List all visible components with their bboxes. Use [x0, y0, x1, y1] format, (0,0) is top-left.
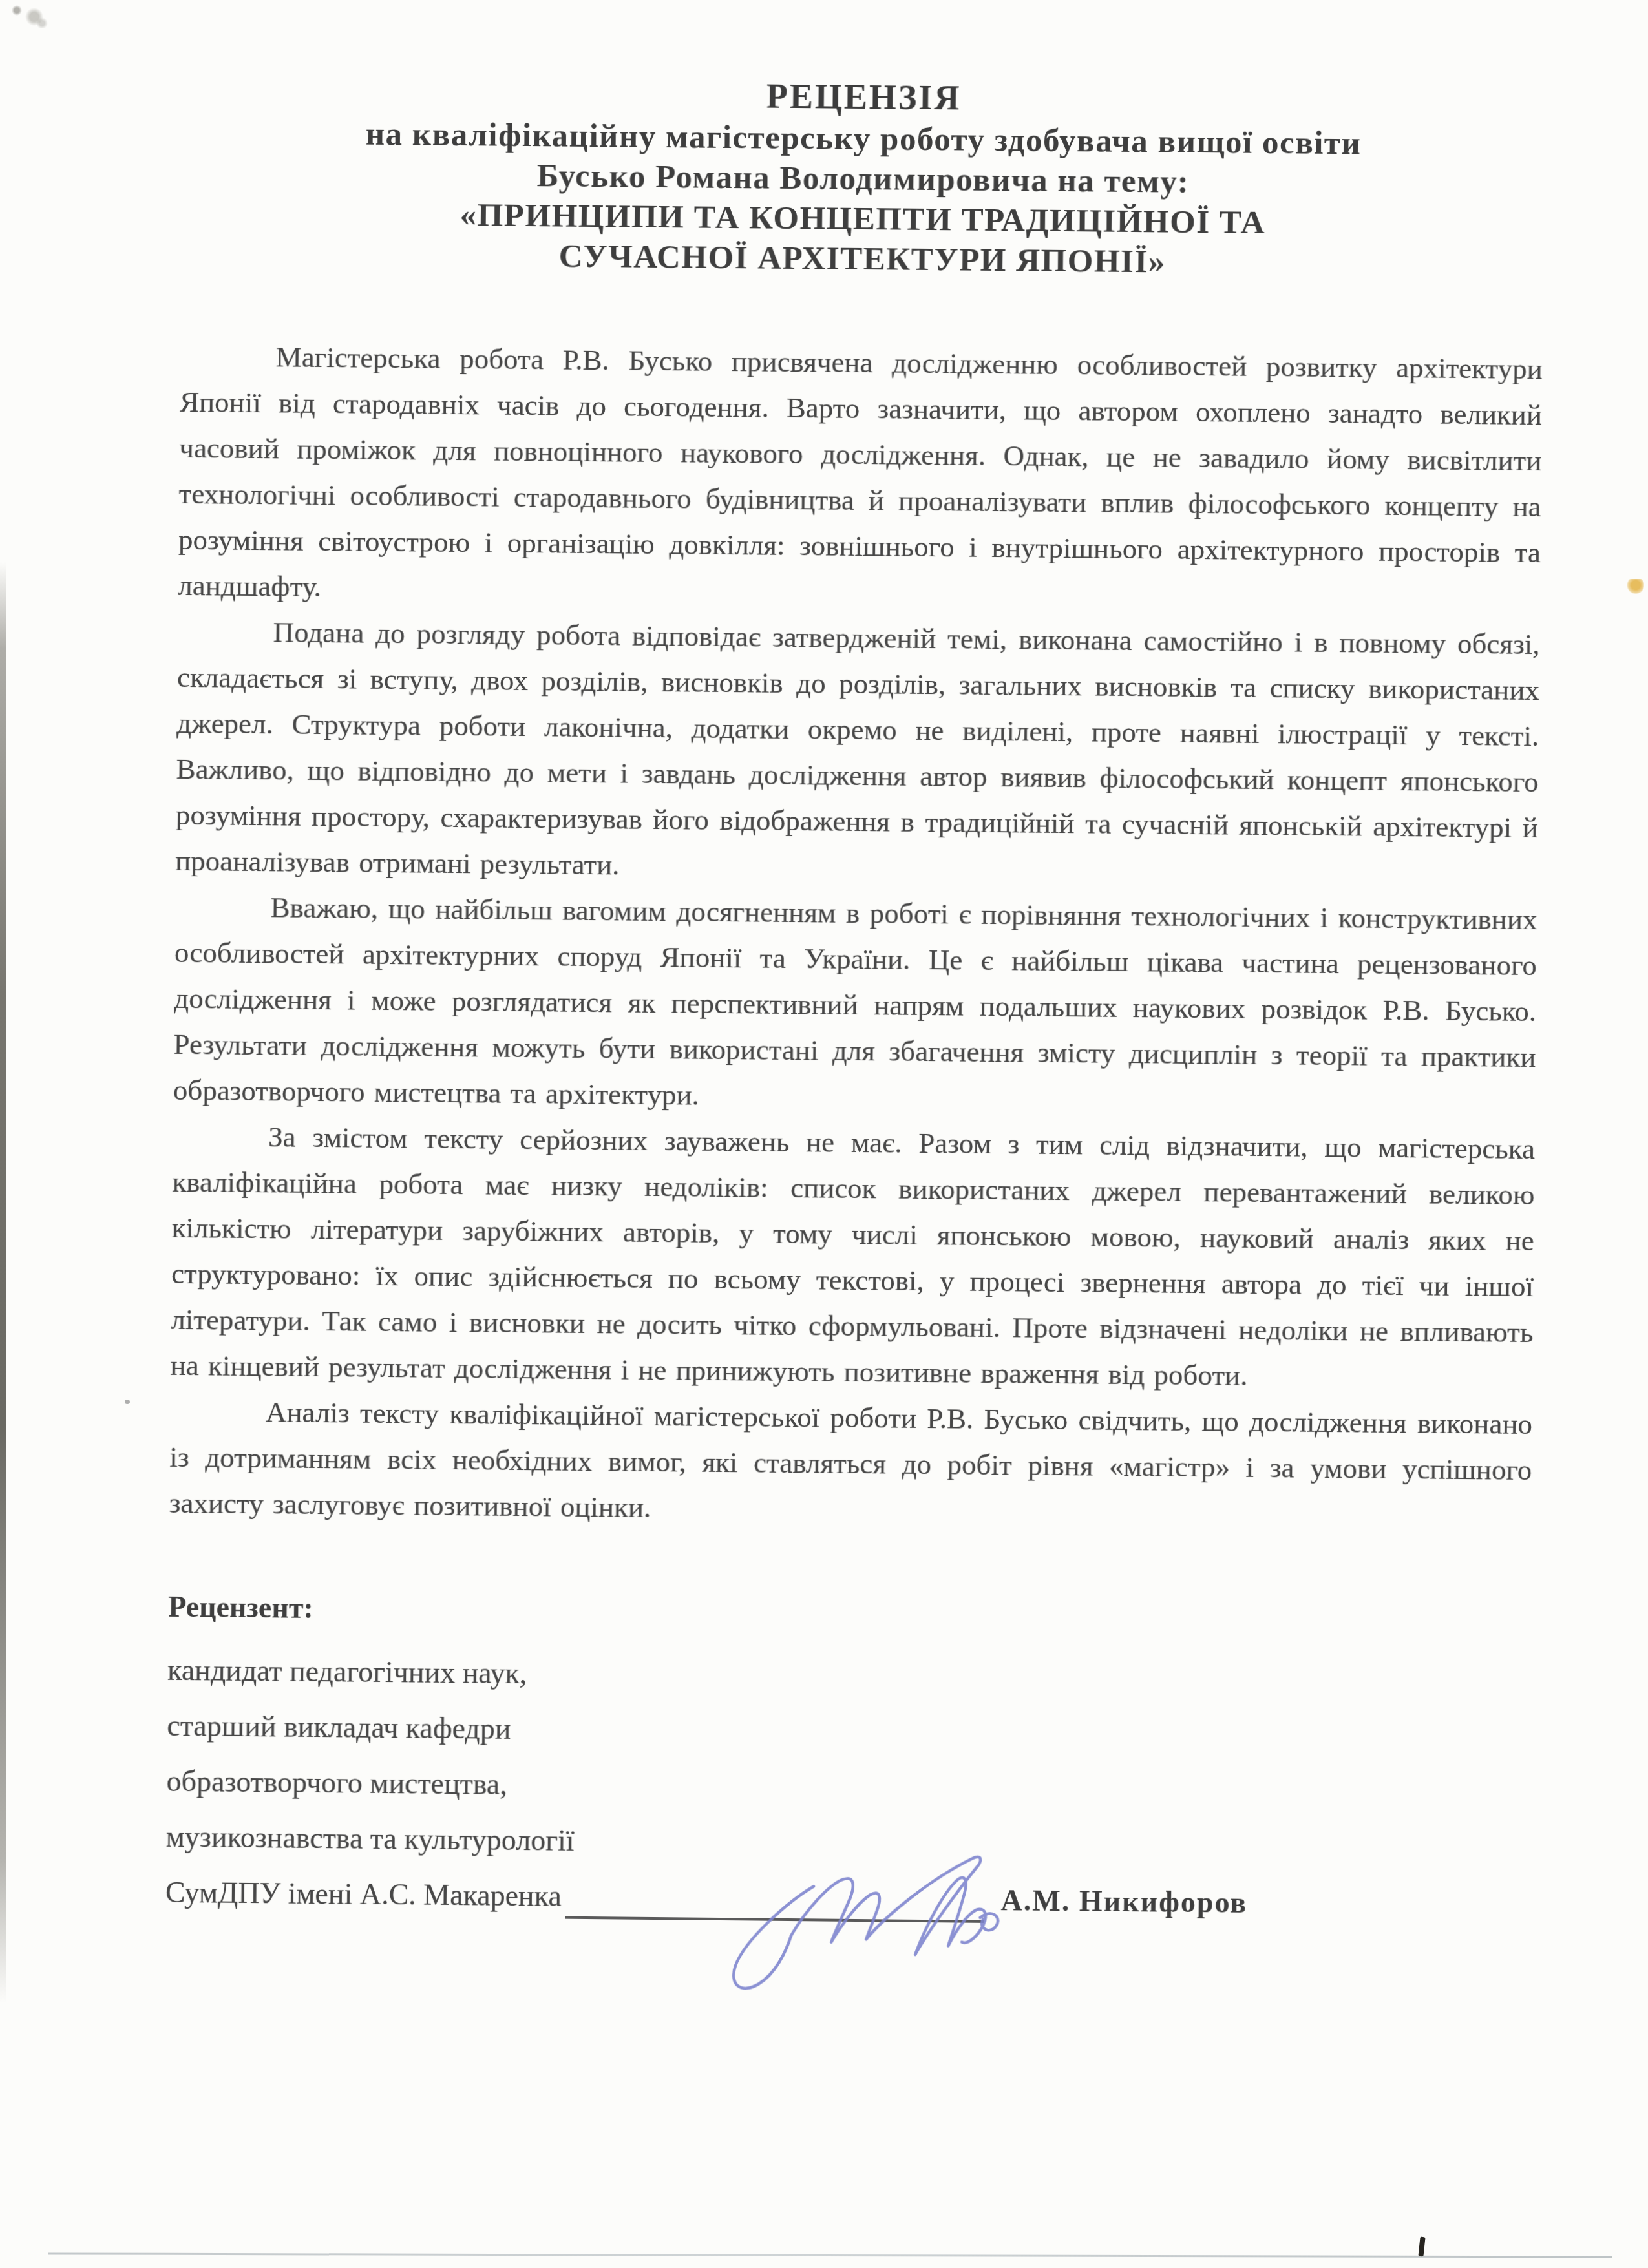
body-paragraph-3: Вважаю, що найбільш вагомим досягненням … [173, 884, 1537, 1126]
reviewer-name: А.М. Никифоров [1000, 1873, 1247, 1931]
scan-yellow-speck-artifact [1627, 579, 1644, 594]
document-content: РЕЦЕНЗІЯ на кваліфікаційну магістерську … [165, 68, 1545, 1933]
scanned-review-page: РЕЦЕНЗІЯ на кваліфікаційну магістерську … [0, 0, 1648, 2268]
reviewer-label: Рецензент: [168, 1579, 1531, 1648]
signature-underline [565, 1916, 984, 1923]
scan-bottom-tick-artifact [1418, 2237, 1425, 2257]
reviewer-signature-block: Рецензент: кандидат педагогічних наук, с… [165, 1579, 1531, 1933]
reviewer-institution: СумДПУ імені А.С. Макаренка [165, 1865, 562, 1924]
scan-bottom-line-artifact [48, 2252, 1612, 2258]
scan-dust-speck-artifact [125, 1400, 130, 1404]
body-paragraph-2: Подана до розгляду робота відповідає зат… [175, 609, 1540, 897]
scan-corner-smudge-artifact [9, 3, 48, 28]
review-body: Магістерська робота Р.В. Бусько присвяче… [169, 333, 1543, 1539]
body-paragraph-5: Аналіз тексту кваліфікаційної магістерсь… [169, 1389, 1532, 1539]
body-paragraph-1: Магістерська робота Р.В. Бусько присвяче… [178, 333, 1543, 622]
body-paragraph-4: За змістом тексту серйозних зауважень не… [170, 1113, 1535, 1402]
scan-left-edge-artifact [0, 562, 6, 2003]
